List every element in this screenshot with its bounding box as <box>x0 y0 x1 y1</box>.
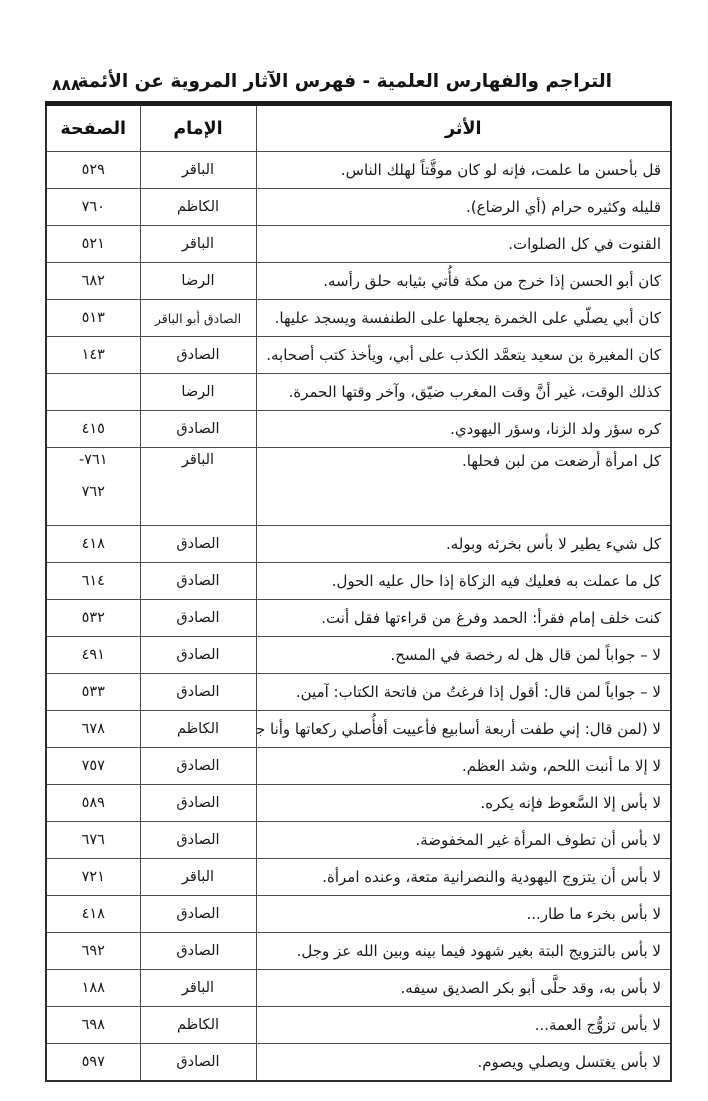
table-row: كان أبي يصلّي على الخمرة يجعلها على الطن… <box>46 300 671 337</box>
page-cell: ٤١٨ <box>46 526 140 563</box>
page-cell: ٥١٣ <box>46 300 140 337</box>
imam-cell: الباقر <box>140 970 256 1007</box>
table-row: لا – جواباً لمن قال: أقول إذا فرغتُ من ف… <box>46 674 671 711</box>
atar-cell: كان أبو الحسن إذا خرج من مكة فأُتي بثياب… <box>256 263 671 300</box>
page-value: ١٤٣ <box>47 347 140 363</box>
table-row: كان المغيرة بن سعيد يتعمَّد الكذب على أب… <box>46 337 671 374</box>
atar-cell: قل بأحسن ما علمت، فإنه لو كان موقَّتاً ل… <box>256 152 671 189</box>
imam-cell: الصادق <box>140 674 256 711</box>
imam-cell: الباقر <box>140 448 256 526</box>
table-row: كره سؤر ولد الزنا، وسؤر اليهودي.الصادق٤١… <box>46 411 671 448</box>
imam-cell: الكاظم <box>140 1007 256 1044</box>
imam-cell: الصادق أبو الباقر <box>140 300 256 337</box>
atar-cell: لا – جواباً لمن قال هل له رخصة في المسح. <box>256 637 671 674</box>
page-cell: ٦٧٨ <box>46 711 140 748</box>
atar-cell: القنوت في كل الصلوات. <box>256 226 671 263</box>
imam-cell: الصادق <box>140 526 256 563</box>
imam-cell: الصادق <box>140 748 256 785</box>
page-value: ٥٢١ <box>47 236 140 252</box>
page-value: ٧٦٠ <box>47 199 140 215</box>
page-cell: ٤١٥ <box>46 411 140 448</box>
page-cell: ٥٩٧ <box>46 1044 140 1082</box>
page-cell: ٧٥٧ <box>46 748 140 785</box>
imam-cell: الصادق <box>140 337 256 374</box>
table-row: قليله وكثيره حرام (أي الرضاع).الكاظم٧٦٠ <box>46 189 671 226</box>
imam-cell: الصادق <box>140 896 256 933</box>
table-row: لا بأس أن يتزوج اليهودية والنصرانية متعة… <box>46 859 671 896</box>
atar-cell: لا إلا ما أنبت اللحم، وشد العظم. <box>256 748 671 785</box>
imam-cell: الصادق <box>140 785 256 822</box>
index-table-body: قل بأحسن ما علمت، فإنه لو كان موقَّتاً ل… <box>46 152 671 1082</box>
table-row: لا – جواباً لمن قال هل له رخصة في المسح.… <box>46 637 671 674</box>
table-header-row: الأثر الإمام الصفحة <box>46 104 671 152</box>
page-cell: ١٨٨ <box>46 970 140 1007</box>
page-cell: ٧٢١ <box>46 859 140 896</box>
page-cell: ٥٢١ <box>46 226 140 263</box>
column-header-atar: الأثر <box>256 104 671 152</box>
atar-cell: لا بأس بالتزويج البتة بغير شهود فيما بين… <box>256 933 671 970</box>
atar-cell: لا بأس بخرء ما طار... <box>256 896 671 933</box>
atar-cell: كل شيء يطير لا بأس بخرئه وبوله. <box>256 526 671 563</box>
page-cell: ٦٩٢ <box>46 933 140 970</box>
table-row: لا بأس به، وقد حلَّى أبو بكر الصديق سيفه… <box>46 970 671 1007</box>
atar-cell: لا بأس به، وقد حلَّى أبو بكر الصديق سيفه… <box>256 970 671 1007</box>
page-value: ٦٧٦ <box>47 832 140 848</box>
page-cell <box>46 374 140 411</box>
atar-cell: كان المغيرة بن سعيد يتعمَّد الكذب على أب… <box>256 337 671 374</box>
page-cell: ٥٣٢ <box>46 600 140 637</box>
table-row: لا بأس بالتزويج البتة بغير شهود فيما بين… <box>46 933 671 970</box>
imam-cell: الرضا <box>140 263 256 300</box>
imam-cell: الصادق <box>140 637 256 674</box>
imam-cell: الكاظم <box>140 189 256 226</box>
column-header-imam: الإمام <box>140 104 256 152</box>
table-row: كل امرأة أرضعت من لبن فحلها.الباقر-٧٦١٧٦… <box>46 448 671 526</box>
page-value: ٥٢٩ <box>47 162 140 178</box>
page-value: ٥٩٧ <box>47 1054 140 1070</box>
page-cell: ٥٣٣ <box>46 674 140 711</box>
atar-cell: لا بأس إلا السَّعوط فإنه يكره. <box>256 785 671 822</box>
page-value: ٦٩٨ <box>47 1017 140 1033</box>
imam-cell: الرضا <box>140 374 256 411</box>
atar-cell: كذلك الوقت، غير أنَّ وقت المغرب ضيّق، وآ… <box>256 374 671 411</box>
page-cell: ٦٨٢ <box>46 263 140 300</box>
table-row: كنت خلف إمام فقرأ: الحمد وفرغ من قراءتها… <box>46 600 671 637</box>
imam-cell: الصادق <box>140 1044 256 1082</box>
atar-cell: كان أبي يصلّي على الخمرة يجعلها على الطن… <box>256 300 671 337</box>
table-row: كل ما عملت به فعليك فيه الزكاة إذا حال ع… <box>46 563 671 600</box>
table-row: كل شيء يطير لا بأس بخرئه وبوله.الصادق٤١٨ <box>46 526 671 563</box>
page-cell: ١٤٣ <box>46 337 140 374</box>
page-cell: ٥٢٩ <box>46 152 140 189</box>
imam-cell: الباقر <box>140 859 256 896</box>
table-row: قل بأحسن ما علمت، فإنه لو كان موقَّتاً ل… <box>46 152 671 189</box>
imam-cell: الصادق <box>140 822 256 859</box>
page-cell: ٥٨٩ <box>46 785 140 822</box>
page-value: ٥١٣ <box>47 310 140 326</box>
page-value: ٤٩١ <box>47 647 140 663</box>
page-cell: ٦١٤ <box>46 563 140 600</box>
table-row: لا إلا ما أنبت اللحم، وشد العظم.الصادق٧٥… <box>46 748 671 785</box>
atar-cell: لا بأس يغتسل ويصلي ويصوم. <box>256 1044 671 1082</box>
atar-cell: كره سؤر ولد الزنا، وسؤر اليهودي. <box>256 411 671 448</box>
page-cell: ٦٧٦ <box>46 822 140 859</box>
page-value: ٦٧٨ <box>47 721 140 737</box>
atar-cell: كل امرأة أرضعت من لبن فحلها. <box>256 448 671 526</box>
table-row: كان أبو الحسن إذا خرج من مكة فأُتي بثياب… <box>46 263 671 300</box>
table-row: لا بأس إلا السَّعوط فإنه يكره.الصادق٥٨٩ <box>46 785 671 822</box>
page-number: ٨٨٨ <box>52 76 80 94</box>
table-row: لا بأس بخرء ما طار...الصادق٤١٨ <box>46 896 671 933</box>
page-value: ٧٥٧ <box>47 758 140 774</box>
page-value: ١٨٨ <box>47 980 140 996</box>
page-cell: ٤١٨ <box>46 896 140 933</box>
page-value: ٧٢١ <box>47 869 140 885</box>
scanned-book-page: التراجم والفهارس العلمية - فهرس الآثار ا… <box>0 0 708 1101</box>
imam-cell: الصادق <box>140 933 256 970</box>
table-row: لا (لمن قال: إني طفت أربعة أسابيع فأعييت… <box>46 711 671 748</box>
page-value: ٦٨٢ <box>47 273 140 289</box>
table-row: القنوت في كل الصلوات.الباقر٥٢١ <box>46 226 671 263</box>
imam-cell: الصادق <box>140 600 256 637</box>
imam-cell: الباقر <box>140 226 256 263</box>
page-cell: ٧٦٠ <box>46 189 140 226</box>
page-value: ٤١٨ <box>47 536 140 552</box>
column-header-page: الصفحة <box>46 104 140 152</box>
atar-cell: لا (لمن قال: إني طفت أربعة أسابيع فأعييت… <box>256 711 671 748</box>
table-row: لا بأس يغتسل ويصلي ويصوم.الصادق٥٩٧ <box>46 1044 671 1082</box>
atar-cell: كنت خلف إمام فقرأ: الحمد وفرغ من قراءتها… <box>256 600 671 637</box>
page-value: ٥٣٢ <box>47 610 140 626</box>
page-value: ٧٦٢ <box>47 484 140 500</box>
page-cell: ٦٩٨ <box>46 1007 140 1044</box>
imam-cell: الباقر <box>140 152 256 189</box>
index-table: الأثر الإمام الصفحة قل بأحسن ما علمت، فإ… <box>45 101 672 1082</box>
table-row: لا بأس أن تطوف المرأة غير المخفوضة.الصاد… <box>46 822 671 859</box>
table-row: لا بأس تزوُّج العمة...الكاظم٦٩٨ <box>46 1007 671 1044</box>
imam-cell: الكاظم <box>140 711 256 748</box>
page-value: ٦٩٢ <box>47 943 140 959</box>
table-row: كذلك الوقت، غير أنَّ وقت المغرب ضيّق، وآ… <box>46 374 671 411</box>
atar-cell: لا بأس تزوُّج العمة... <box>256 1007 671 1044</box>
atar-cell: لا – جواباً لمن قال: أقول إذا فرغتُ من ف… <box>256 674 671 711</box>
page-value: ٤١٥ <box>47 421 140 437</box>
book-header-title: التراجم والفهارس العلمية - فهرس الآثار ا… <box>78 71 613 92</box>
page-value: ٥٣٣ <box>47 684 140 700</box>
page-value: ٤١٨ <box>47 906 140 922</box>
page-value: ٥٨٩ <box>47 795 140 811</box>
imam-cell: الصادق <box>140 411 256 448</box>
atar-cell: لا بأس أن تطوف المرأة غير المخفوضة. <box>256 822 671 859</box>
imam-cell: الصادق <box>140 563 256 600</box>
page-value: ٦١٤ <box>47 573 140 589</box>
page-cell: -٧٦١٧٦٢ <box>46 448 140 526</box>
atar-cell: لا بأس أن يتزوج اليهودية والنصرانية متعة… <box>256 859 671 896</box>
page-value: -٧٦١ <box>47 452 140 468</box>
atar-cell: كل ما عملت به فعليك فيه الزكاة إذا حال ع… <box>256 563 671 600</box>
atar-cell: قليله وكثيره حرام (أي الرضاع). <box>256 189 671 226</box>
page-cell: ٤٩١ <box>46 637 140 674</box>
